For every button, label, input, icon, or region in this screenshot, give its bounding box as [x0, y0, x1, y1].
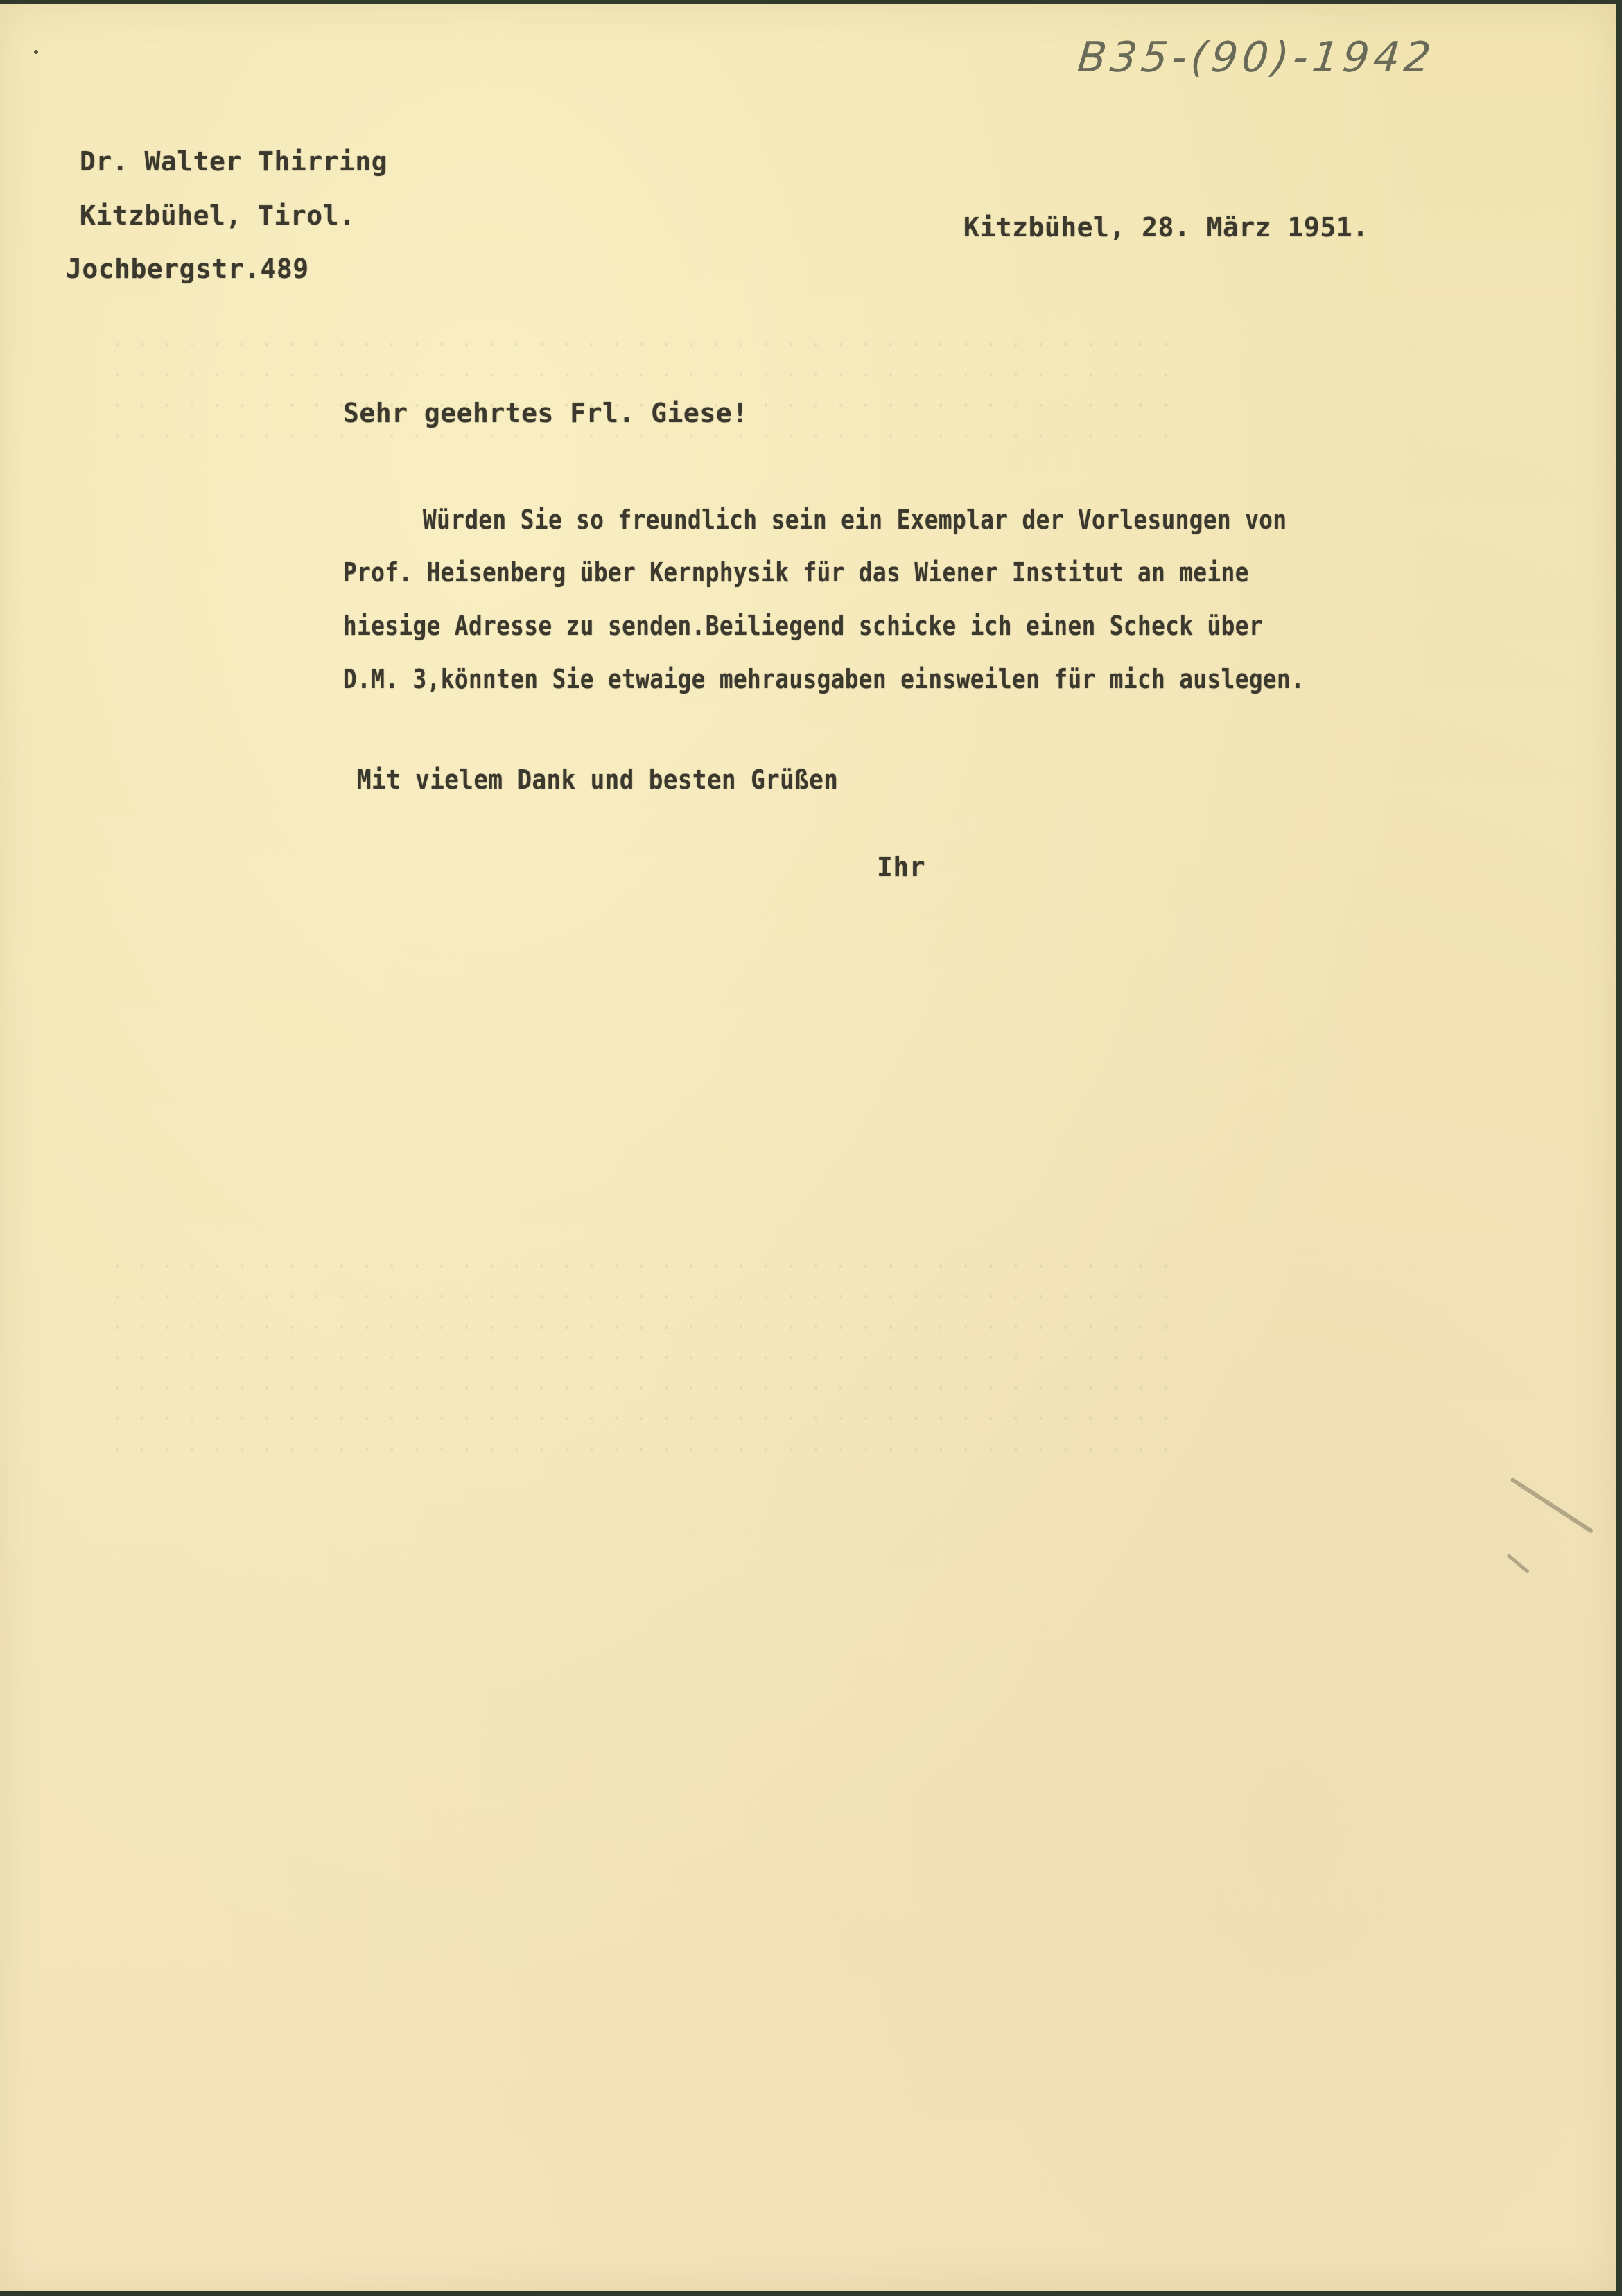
sender-name: Dr. Walter Thirring: [80, 146, 387, 177]
letter-page: . . . . . . . . . . . . . . . . . . . . …: [0, 4, 1616, 2291]
sender-city: Kitzbühel, Tirol.: [80, 200, 355, 231]
pencil-mark: [1506, 1554, 1530, 1575]
body-line-4: D.M. 3,könnten Sie etwaige mehrausgaben …: [343, 664, 1305, 694]
body-line-1: Würden Sie so freundlich sein ein Exempl…: [423, 505, 1287, 535]
sender-street: Jochbergstr.489: [66, 254, 309, 284]
closing: Mit vielem Dank und besten Grüßen: [357, 764, 838, 795]
signature: Ihr: [877, 852, 925, 882]
ink-speck: [34, 50, 38, 54]
salutation: Sehr geehrtes Frl. Giese!: [343, 398, 748, 428]
archive-reference: B35-(90)-1942: [1075, 33, 1437, 82]
pencil-mark: [1510, 1477, 1594, 1533]
place-date: Kitzbühel, 28. März 1951.: [963, 212, 1368, 243]
body-line-3: hiesige Adresse zu senden.Beiliegend sch…: [343, 611, 1263, 641]
bleed-through-text: . . . . . . . . . . . . . . . . . . . . …: [111, 1217, 1171, 1461]
body-line-2: Prof. Heisenberg über Kernphysik für das…: [343, 557, 1249, 588]
